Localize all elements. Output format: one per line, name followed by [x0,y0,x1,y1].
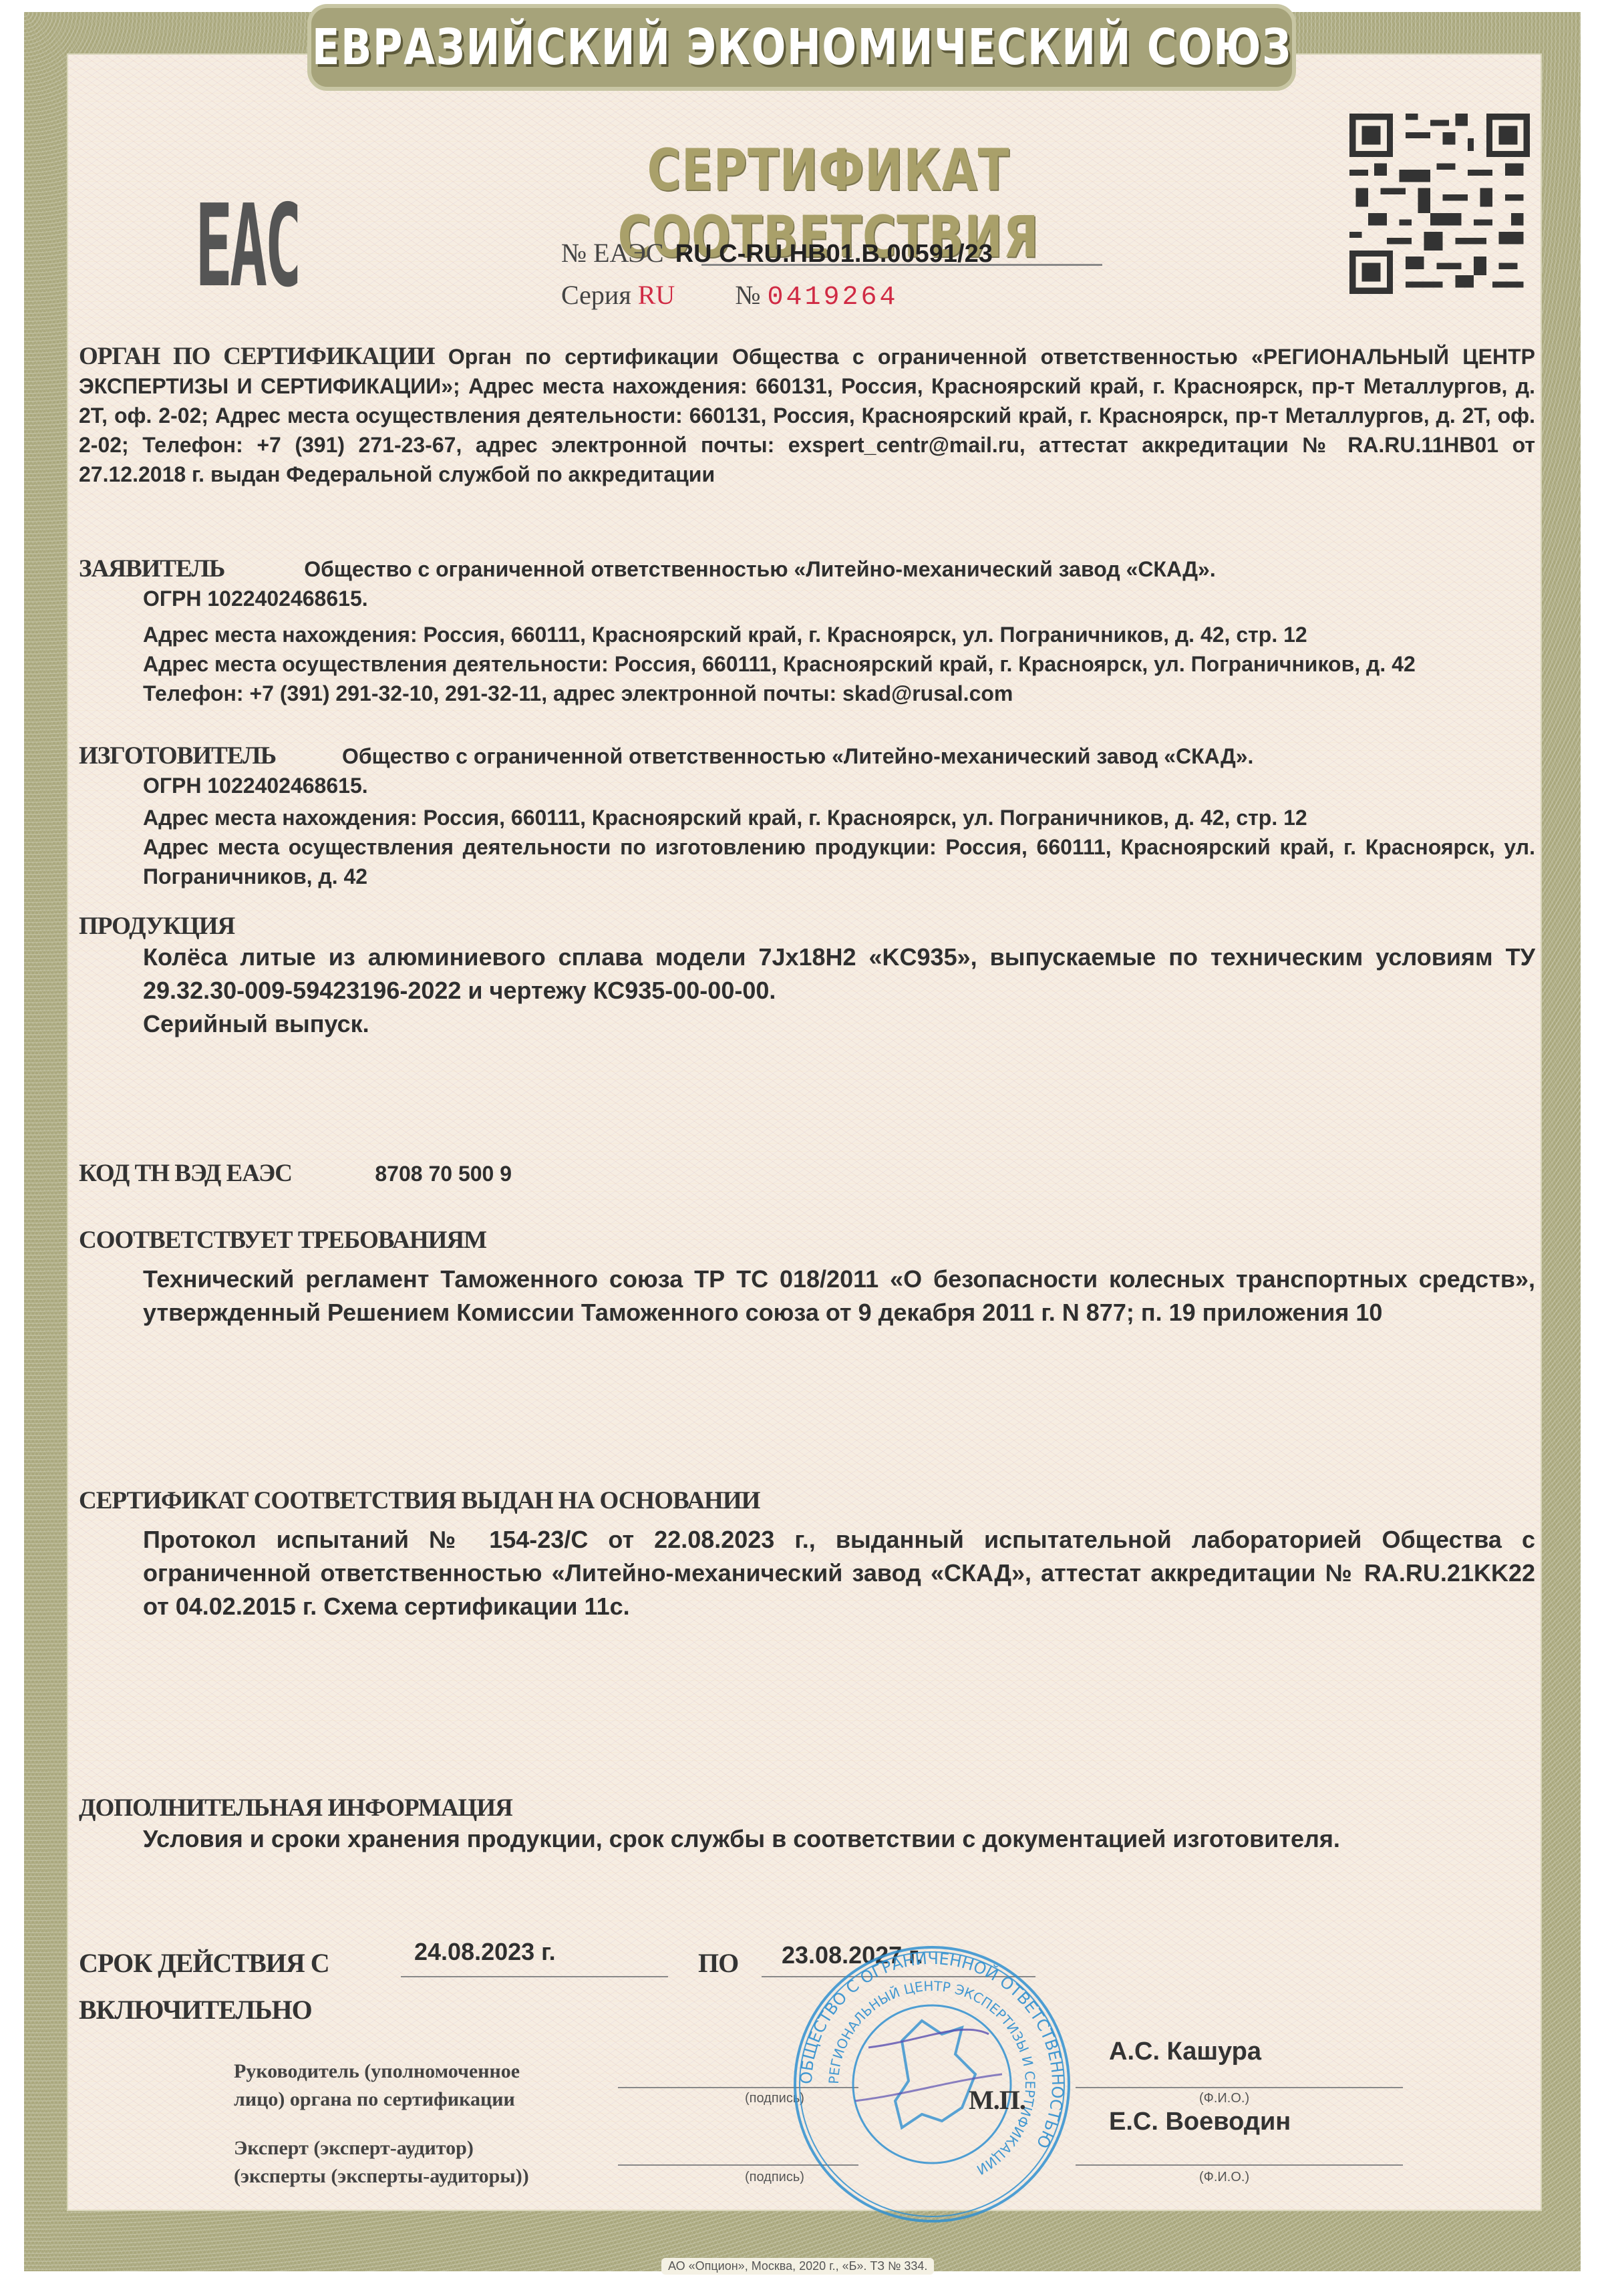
additional-info-text: Условия и сроки хранения продукции, срок… [79,1822,1535,1856]
tn-ved-code: 8708 70 500 9 [375,1162,512,1186]
eac-logo-icon: ЕАС [195,180,299,313]
additional-info-label: ДОПОЛНИТЕЛЬНАЯ ИНФОРМАЦИЯ [79,1794,1535,1822]
series-label: Серия [561,280,631,310]
expert-name-line [1076,2164,1403,2166]
validity-inclusive-label: ВКЛЮЧИТЕЛЬНО [79,1994,312,2025]
certification-body-label: ОРГАН ПО СЕРТИФИКАЦИИ [79,343,435,370]
applicant-name: Общество с ограниченной ответственностью… [304,557,1216,581]
validity-from-date: 24.08.2023 г. [414,1937,556,1967]
requirements-text: Технический регламент Таможенного союза … [79,1263,1535,1329]
head-name: А.С. Кашура [1109,2037,1261,2066]
applicant-ogrn: ОГРН 1022402468615. [79,584,1535,613]
seal-stamp-icon: ОБЩЕСТВО С ОГРАНИЧЕННОЙ ОТВЕТСТВЕННОСТЬЮ… [788,1941,1076,2228]
union-title: ЕВРАЗИЙСКИЙ ЭКОНОМИЧЕСКИЙ СОЮЗ [312,19,1292,76]
manufacturer-address: Адрес места нахождения: Россия, 660111, … [79,803,1535,832]
series-value: RU [638,280,675,310]
registration-label: № ЕАЭС [561,238,664,268]
expert-signature-label: Эксперт (эксперт-аудитор) (эксперты (экс… [234,2134,529,2190]
manufacturer-label: ИЗГОТОВИТЕЛЬ [79,742,276,770]
basis-text: Протокол испытаний № 154-23/С от 22.08.2… [79,1523,1535,1623]
applicant-contacts: Телефон: +7 (391) 291-32-10, 291-32-11, … [79,679,1535,708]
number-label: № [735,280,760,310]
product-label: ПРОДУКЦИЯ [79,912,1535,941]
union-banner: ЕВРАЗИЙСКИЙ ЭКОНОМИЧЕСКИЙ СОЮЗ [307,4,1296,91]
expert-name-caption: (Ф.И.О.) [1199,2170,1249,2185]
qr-code-icon [1349,114,1530,294]
validity-to-label: ПО [698,1947,738,1979]
basis-section: СЕРТИФИКАТ СООТВЕТСТВИЯ ВЫДАН НА ОСНОВАН… [79,1486,1535,1623]
head-signature-label: Руководитель (уполномоченное лицо) орган… [234,2058,520,2114]
manufacturer-ogrn: ОГРН 1022402468615. [79,771,1535,800]
expert-name: Е.С. Воеводин [1109,2108,1291,2136]
head-name-line [1076,2087,1403,2088]
applicant-label: ЗАЯВИТЕЛЬ [79,555,224,583]
printer-note: АО «Опцион», Москва, 2020 г., «Б». ТЗ № … [661,2258,934,2275]
product-release-type: Серийный выпуск. [79,1007,1535,1041]
product-section: ПРОДУКЦИЯ Колёса литые из алюминиевого с… [79,912,1535,1041]
manufacturer-name: Общество с ограниченной ответственностью… [342,744,1254,768]
tn-ved-section: КОД ТН ВЭД ЕАЭС 8708 70 500 9 [79,1159,1535,1188]
requirements-label: СООТВЕТСТВУЕТ ТРЕБОВАНИЯМ [79,1226,1535,1255]
svg-text:РЕГИОНАЛЬНЫЙ ЦЕНТР ЭКСПЕРТИЗЫ: РЕГИОНАЛЬНЫЙ ЦЕНТР ЭКСПЕРТИЗЫ И СЕРТИФИК… [826,1978,1038,2178]
requirements-section: СООТВЕТСТВУЕТ ТРЕБОВАНИЯМ Технический ре… [79,1226,1535,1329]
head-name-caption: (Ф.И.О.) [1199,2091,1249,2106]
series-line: Серия RU № 0419264 [561,279,899,313]
applicant-address: Адрес места нахождения: Россия, 660111, … [79,620,1535,649]
form-number: 0419264 [767,283,898,313]
validity-from-underline [401,1976,668,1977]
tn-ved-label: КОД ТН ВЭД ЕАЭС [79,1160,292,1187]
validity-from-label: СРОК ДЕЙСТВИЯ С [79,1947,329,1979]
product-description: Колёса литые из алюминиевого сплава моде… [79,941,1535,1007]
applicant-activity-address: Адрес места осуществления деятельности: … [79,649,1535,679]
manufacturer-production-address: Адрес места осуществления деятельности п… [79,832,1535,891]
basis-label: СЕРТИФИКАТ СООТВЕТСТВИЯ ВЫДАН НА ОСНОВАН… [79,1486,1535,1515]
applicant-section: ЗАЯВИТЕЛЬ Общество с ограниченной ответс… [79,554,1535,708]
seal-mark: М.П. [969,2084,1025,2116]
registration-underline [701,264,1102,266]
manufacturer-section: ИЗГОТОВИТЕЛЬ Общество с ограниченной отв… [79,742,1535,891]
additional-info-section: ДОПОЛНИТЕЛЬНАЯ ИНФОРМАЦИЯ Условия и срок… [79,1794,1535,1856]
certification-body-section: ОРГАН ПО СЕРТИФИКАЦИИ Орган по сертифика… [79,342,1535,489]
